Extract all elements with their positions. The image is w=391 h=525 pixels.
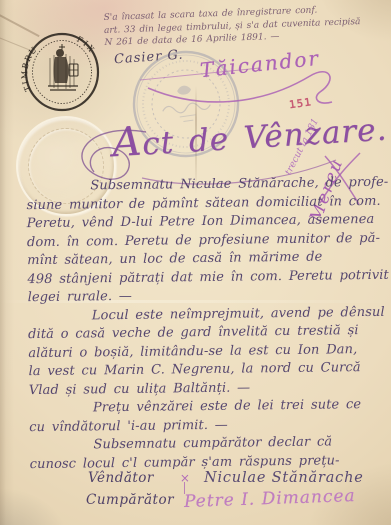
seller-name: Niculae Stănărache <box>204 470 364 486</box>
stamp-arc-text-right: FIX <box>75 35 97 55</box>
buyer-signature: Petre I. Dimancea <box>184 486 356 512</box>
buyer-signature-row: Cumpărător Petre I. Dimancea <box>86 489 356 509</box>
buyer-label: Cumpărător <box>86 492 174 508</box>
seller-signature-row: Vêndător × Niculae Stănărache <box>88 470 364 486</box>
svg-text:TIMBRU: TIMBRU <box>20 44 39 92</box>
stamp-allegorical-figure <box>48 44 78 90</box>
stamp-arc-text-left: TIMBRU <box>20 44 39 92</box>
registration-note: S'a încasat la scara taxa de înregistrar… <box>103 2 390 49</box>
svg-text:FIX: FIX <box>75 35 97 55</box>
scanned-document: TIMBRU FIX <box>0 0 391 525</box>
seller-label: Vêndător <box>88 470 154 486</box>
revenue-stamp-icon: TIMBRU FIX <box>20 28 104 116</box>
document-body: Subsemnatu Niculae Stănărache, de profe-… <box>26 174 384 474</box>
seller-cross-mark: × <box>180 471 190 485</box>
